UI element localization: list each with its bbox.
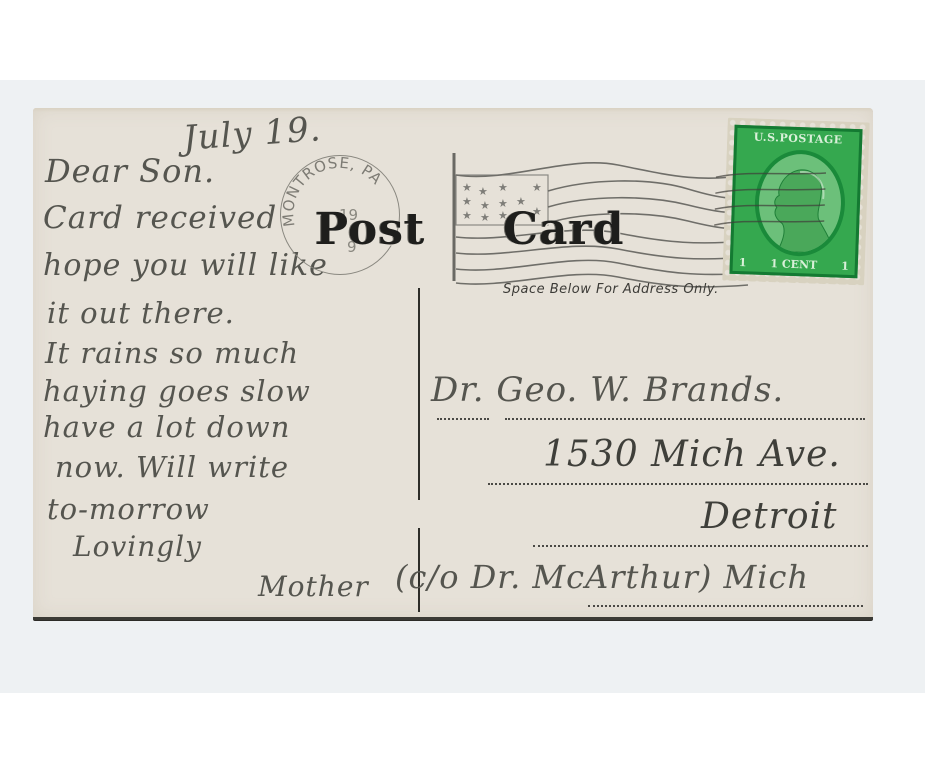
printed-title-card: Card <box>503 204 624 255</box>
svg-text:★: ★ <box>462 181 472 194</box>
address-line-3 <box>533 545 868 547</box>
address-line-1b <box>505 418 865 420</box>
address-line-4 <box>588 605 863 607</box>
message-line: now. Will write <box>55 450 289 484</box>
stamp-value: 1 1 CENT 1 <box>733 256 855 273</box>
message-line: haying goes slow <box>43 374 311 408</box>
svg-text:★: ★ <box>480 211 490 224</box>
svg-text:★: ★ <box>462 195 472 208</box>
postcard: July 19. Dear Son. Card received hope yo… <box>33 108 873 620</box>
svg-text:★: ★ <box>478 185 488 198</box>
message-line: it out there. <box>47 296 235 330</box>
address-recipient: Dr. Geo. W. Brands. <box>431 370 784 410</box>
message-signature: Mother <box>258 570 369 603</box>
cancellation-lines-icon <box>713 167 826 251</box>
message-line: have a lot down <box>43 410 290 444</box>
address-street: 1530 Mich Ave. <box>543 434 841 475</box>
svg-text:★: ★ <box>532 181 542 194</box>
stamp-numeral-right: 1 <box>841 260 849 273</box>
address-care-of-state: (c/o Dr. McArthur) Mich <box>395 558 809 596</box>
printed-title-post: Post <box>315 204 425 255</box>
center-divider <box>418 288 420 500</box>
address-city: Detroit <box>701 496 838 537</box>
message-line: to-morrow <box>47 492 210 526</box>
message-line: Card received <box>43 200 277 236</box>
address-line-1 <box>437 418 489 420</box>
stamp-value-text: 1 CENT <box>770 257 817 272</box>
svg-text:★: ★ <box>498 181 508 194</box>
stamp-numeral-left: 1 <box>739 256 747 269</box>
postage-stamp: U.S.POSTAGE 1 1 CENT 1 <box>722 118 870 286</box>
address-line-2 <box>488 483 868 485</box>
stamp-top-text: U.S.POSTAGE <box>737 130 859 147</box>
message-closing: Lovingly <box>73 530 202 563</box>
svg-text:★: ★ <box>462 209 472 222</box>
address-notice: Space Below For Address Only. <box>503 282 719 297</box>
message-line: Dear Son. <box>45 152 215 190</box>
message-line: It rains so much <box>45 336 299 370</box>
